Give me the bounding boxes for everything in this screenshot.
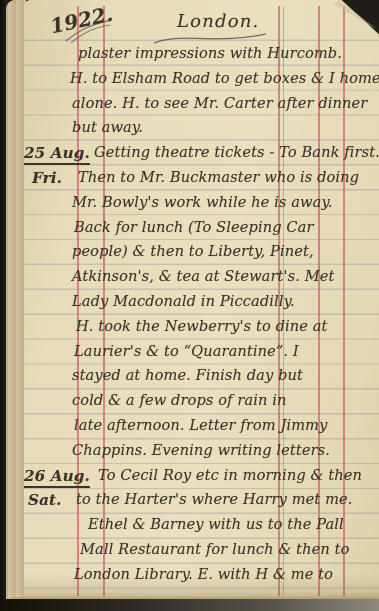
line-text: Getting theatre tickets - To Bank first.: [94, 144, 379, 161]
diary-line: Laurier's & to “Quarantine”. I: [24, 342, 379, 367]
line-text: but away.: [72, 119, 143, 136]
line-text: alone. H. to see Mr. Carter after dinner: [72, 95, 367, 112]
diary-line: Chappins. Evening writing letters.: [24, 441, 379, 466]
line-text: plaster impressions with Hurcomb.: [78, 45, 342, 62]
diary-line: cold & a few drops of rain in: [24, 391, 379, 416]
diary-line: London Library. E. with H & me to: [24, 565, 379, 590]
diary-line: Back for lunch (To Sleeping Car: [24, 218, 379, 243]
line-text: To Cecil Roy etc in morning & then: [98, 467, 362, 484]
diary-line: Mall Restaurant for lunch & then to: [24, 540, 379, 565]
entry-date-25-aug: 25 Aug.: [24, 144, 90, 165]
entry-day-sat: Sat.: [28, 491, 62, 509]
entry-day-fri: Fri.: [32, 169, 62, 187]
diary-line: 25 Aug. Getting theatre tickets - To Ban…: [24, 143, 379, 168]
diary-line: plaster impressions with Hurcomb.: [24, 44, 379, 69]
entry-date-26-aug: 26 Aug.: [24, 467, 90, 488]
diary-line: people) & then to Liberty, Pinet,: [24, 242, 379, 267]
line-text: Mall Restaurant for lunch & then to: [80, 541, 349, 558]
diary-line: H. to Elsham Road to get boxes & I home: [24, 69, 379, 94]
diary-line: Mr. Bowly's work while he is away.: [24, 193, 379, 218]
line-text: Chappins. Evening writing letters.: [72, 442, 330, 459]
line-text: people) & then to Liberty, Pinet,: [72, 243, 314, 260]
line-text: stayed at home. Finish day but: [72, 367, 303, 384]
diary-line: Ethel & Barney with us to the Pall: [24, 515, 379, 540]
line-text: Then to Mr. Buckmaster who is doing: [78, 169, 359, 186]
diary-line: Fri. Then to Mr. Buckmaster who is doing: [24, 168, 379, 193]
bottom-edge-shadow: [0, 599, 379, 611]
diary-line: late afternoon. Letter from Jimmy: [24, 416, 379, 441]
line-text: H. took the Newberry's to dine at: [76, 318, 328, 335]
line-text: Laurier's & to “Quarantine”. I: [74, 343, 299, 360]
line-text: late afternoon. Letter from Jimmy: [74, 417, 327, 434]
line-text: Ethel & Barney with us to the Pall: [88, 516, 344, 533]
notebook-scan: 1922. London. plaster impressions with H…: [0, 0, 379, 611]
line-text: H. to Elsham Road to get boxes & I home: [70, 70, 379, 87]
line-text: cold & a few drops of rain in: [72, 392, 287, 409]
line-text: Lady Macdonald in Piccadilly.: [72, 293, 295, 310]
diary-line: Atkinson's, & tea at Stewart's. Met: [24, 267, 379, 292]
line-text: Atkinson's, & tea at Stewart's. Met: [72, 268, 334, 285]
diary-line: stayed at home. Finish day but: [24, 366, 379, 391]
diary-line: H. took the Newberry's to dine at: [24, 317, 379, 342]
diary-line: but away.: [24, 118, 379, 143]
diary-line: Lady Macdonald in Piccadilly.: [24, 292, 379, 317]
page-title: London.: [177, 11, 259, 32]
line-text: Mr. Bowly's work while he is away.: [72, 194, 333, 211]
line-text: to the Harter's where Harry met me.: [76, 491, 352, 508]
diary-line: alone. H. to see Mr. Carter after dinner: [24, 94, 379, 119]
diary-line: 26 Aug. To Cecil Roy etc in morning & th…: [24, 466, 379, 491]
diary-page: 1922. London. plaster impressions with H…: [24, 0, 379, 600]
line-text: Back for lunch (To Sleeping Car: [74, 219, 314, 236]
diary-line: Sat. to the Harter's where Harry met me.: [24, 490, 379, 515]
diary-lines: plaster impressions with Hurcomb. H. to …: [24, 44, 379, 590]
page-edge-stack: [6, 0, 26, 605]
line-text: London Library. E. with H & me to: [74, 566, 333, 583]
